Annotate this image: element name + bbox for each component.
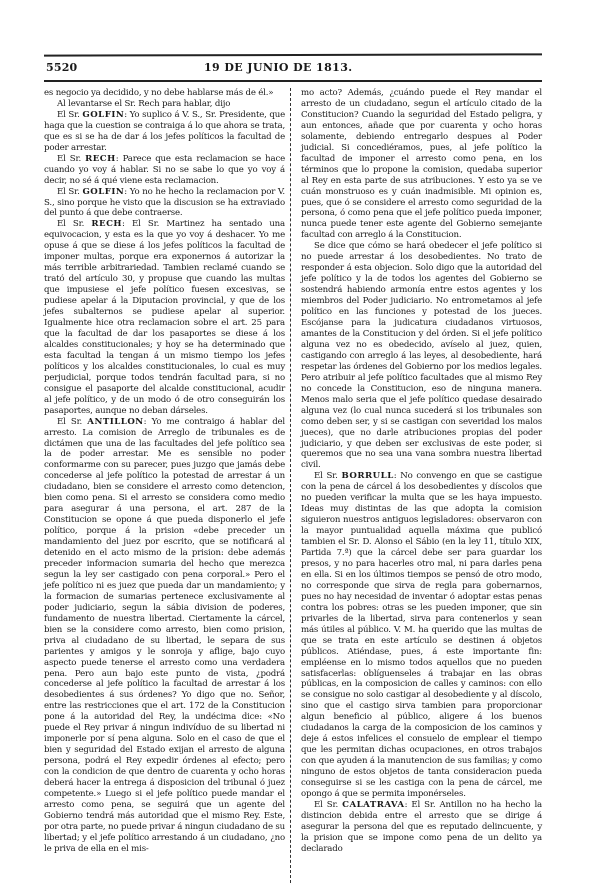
- speaker-name: CALATRAVA: [342, 800, 405, 810]
- paragraph-text: : Yo me contraigo á hablar del arresto. …: [44, 417, 285, 854]
- paragraph: Se dice que cómo se hará obedecer el jef…: [301, 241, 542, 471]
- page-date: 19 DE JUNIO DE 1813.: [204, 61, 353, 74]
- paragraph-text: : El Sr. Martinez ha sentado una equivoc…: [44, 219, 285, 415]
- paragraph: El Sr. ANTILLON: Yo me contraigo á habla…: [44, 417, 285, 855]
- page-number: 5520: [46, 61, 77, 74]
- paragraph: Al levantarse el Sr. Rech para hablar, d…: [44, 99, 285, 110]
- newspaper-page: 5520 19 DE JUNIO DE 1813. es negocio ya …: [44, 54, 542, 855]
- left-column: es negocio ya decidido, y no debe hablar…: [44, 88, 285, 855]
- paragraph: El Sr. RECH: Parece que esta reclamacion…: [44, 154, 285, 187]
- paragraph-text: Al levantarse el Sr. Rech para hablar, d…: [57, 99, 230, 109]
- speaker-name: ANTILLON: [87, 417, 143, 427]
- speaker-name: GOLFIN: [82, 187, 124, 197]
- paragraph: El Sr. BORRULL: No convengo en que se ca…: [301, 471, 542, 800]
- right-column: mo acto? Además, ¿cuándo puede el Rey ma…: [301, 88, 542, 855]
- paragraph: es negocio ya decidido, y no debe hablar…: [44, 88, 285, 99]
- column-divider: [290, 88, 291, 885]
- speaker-name: BORRULL: [341, 471, 393, 481]
- paragraph-text: mo acto? Además, ¿cuándo puede el Rey ma…: [301, 88, 542, 240]
- speaker-prefix: El Sr.: [314, 471, 341, 481]
- header-bottom-rule: [44, 80, 542, 82]
- speaker-name: RECH: [91, 219, 122, 229]
- paragraph: El Sr. RECH: El Sr. Martinez ha sentado …: [44, 219, 285, 416]
- speaker-prefix: El Sr.: [57, 154, 85, 164]
- paragraph: El Sr. GOLFIN: Yo no he hecho la reclama…: [44, 187, 285, 220]
- page-header: 5520 19 DE JUNIO DE 1813.: [44, 56, 542, 80]
- speaker-prefix: El Sr.: [57, 417, 87, 427]
- paragraph-text: es negocio ya decidido, y no debe hablar…: [44, 88, 273, 98]
- speaker-prefix: El Sr.: [57, 110, 82, 120]
- paragraph: El Sr. GOLFIN: Yo suplico á V. S., Sr. P…: [44, 110, 285, 154]
- paragraph-text: Se dice que cómo se hará obedecer el jef…: [301, 241, 542, 470]
- speaker-prefix: El Sr.: [57, 219, 91, 229]
- paragraph-text: : No convengo en que se castigue con la …: [301, 471, 542, 799]
- paragraph: El Sr. CALATRAVA: El Sr. Antillon no ha …: [301, 800, 542, 855]
- speaker-prefix: El Sr.: [314, 800, 342, 810]
- speaker-name: GOLFIN: [82, 110, 124, 120]
- text-columns: es negocio ya decidido, y no debe hablar…: [44, 88, 542, 855]
- paragraph: mo acto? Además, ¿cuándo puede el Rey ma…: [301, 88, 542, 241]
- speaker-prefix: El Sr.: [57, 187, 82, 197]
- speaker-name: RECH: [85, 154, 116, 164]
